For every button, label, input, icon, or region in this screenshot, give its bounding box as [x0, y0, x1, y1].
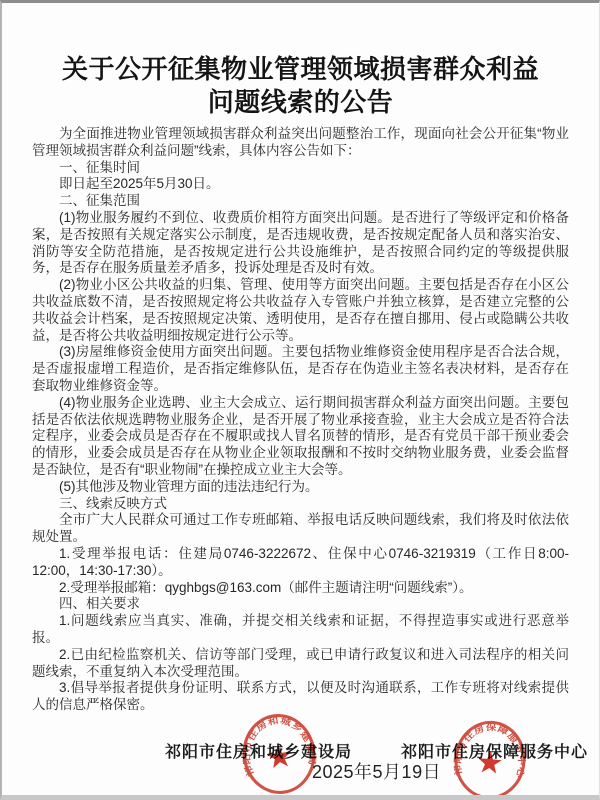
scope-item-5: (5)其他涉及物业管理方面的违法违纪行为。 — [32, 479, 569, 496]
title-line-2: 问题线索的公告 — [24, 86, 577, 119]
seal-arc-text: 祁阳市住房保障服务中心 — [450, 718, 530, 783]
announcement-document: 关于公开征集物业管理领域损害群众利益 问题线索的公告 为全面推进物业管理领域损害… — [0, 0, 600, 800]
requirement-2: 2.已由纪检监察机关、信访等部门受理，或已申请行政复议和进入司法程序的相关问题线… — [32, 647, 569, 681]
section-2-heading: 二、征集范围 — [32, 193, 569, 210]
section-4-heading: 四、相关要求 — [32, 596, 569, 613]
title-line-1: 关于公开征集物业管理领域损害群众利益 — [24, 53, 577, 86]
svg-text:祁阳市住房保障服务中心: 祁阳市住房保障服务中心 — [450, 718, 530, 783]
official-seal-right: 祁阳市住房保障服务中心 — [449, 714, 530, 800]
intro-paragraph: 为全面推进物业管理领域损害群众利益突出问题整治工作，现面向社会公开征集“物业管理… — [32, 126, 569, 160]
scope-item-1: (1)物业服务履约不到位、收费质价相符方面突出问题。是否进行了等级评定和价格备案… — [32, 210, 569, 277]
official-seal-left: 祁阳市住房和城乡建设局 — [234, 708, 323, 799]
svg-text:祁阳市住房和城乡建设局: 祁阳市住房和城乡建设局 — [236, 710, 321, 779]
seal-arc-text: 祁阳市住房和城乡建设局 — [236, 710, 321, 779]
scope-item-3: (3)房屋维修资金使用方面突出问题。主要包括物业维修资金使用程序是否合法合规，是… — [32, 344, 569, 394]
report-channel-intro: 全市广大人民群众可通过工作专班邮箱、举报电话反映问题线索，我们将及时依法依规处置… — [32, 512, 569, 546]
requirement-3: 3.倡导举报者提供身份证明、联系方式，以便及时沟通联系，工作专班将对线索提供人的… — [32, 680, 569, 714]
report-email: 2.受理举报邮箱：qyghbgs@163.com（邮件主题请注明“问题线索”）。 — [32, 580, 569, 597]
section-3-heading: 三、线索反映方式 — [32, 496, 569, 513]
document-title: 关于公开征集物业管理领域损害群众利益 问题线索的公告 — [24, 53, 577, 119]
issue-date: 2025年5月19日 — [312, 758, 441, 784]
star-icon — [477, 750, 502, 774]
scope-item-4: (4)物业服务企业选聘、业主大会成立、运行期间损害群众利益方面突出问题。主要包括… — [32, 395, 569, 479]
requirement-1: 1.问题线索应当真实、准确，并提交相关线索和证据，不得捏造事实或进行恶意举报。 — [32, 613, 569, 647]
section-1-heading: 一、征集时间 — [32, 160, 569, 177]
document-body: 为全面推进物业管理领域损害群众利益突出问题整治工作，现面向社会公开征集“物业管理… — [32, 126, 569, 714]
report-phone: 1.受理举报电话：住建局0746-3222672、住保中心0746-321931… — [32, 546, 569, 580]
star-icon — [266, 743, 293, 769]
scope-item-2: (2)物业小区公共收益的归集、管理、使用等方面突出问题。主要包括是否存在小区公共… — [32, 277, 569, 344]
collection-period: 即日起至2025年5月30日。 — [32, 176, 569, 193]
